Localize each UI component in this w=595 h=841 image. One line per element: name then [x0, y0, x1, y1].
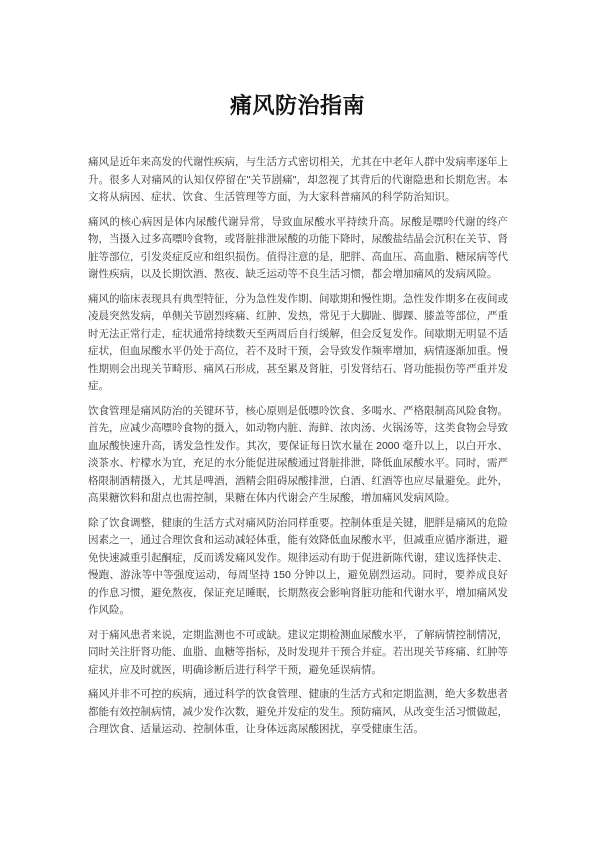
paragraph-causes: 痛风的核心病因是体内尿酸代谢异常，导致血尿酸水平持续升高。尿酸是嘌呤代谢的终产物…: [88, 214, 508, 284]
paragraph-conclusion: 痛风并非不可控的疾病，通过科学的饮食管理、健康的生活方式和定期监测，绝大多数患者…: [88, 686, 508, 739]
document-body: 痛风是近年来高发的代谢性疾病，与生活方式密切相关，尤其在中老年人群中发病率逐年上…: [88, 154, 508, 739]
document-title: 痛风防治指南: [0, 0, 595, 121]
paragraph-lifestyle: 除了饮食调整，健康的生活方式对痛风防治同样重要。控制体重是关键，肥胖是痛风的危险…: [88, 515, 508, 620]
paragraph-intro: 痛风是近年来高发的代谢性疾病，与生活方式密切相关，尤其在中老年人群中发病率逐年上…: [88, 154, 508, 207]
paragraph-symptoms: 痛风的临床表现具有典型特征，分为急性发作期、间歇期和慢性期。急性发作期多在夜间或…: [88, 291, 508, 396]
paragraph-monitoring: 对于痛风患者来说，定期监测也不可或缺。建议定期检测血尿酸水平，了解病情控制情况，…: [88, 627, 508, 680]
paragraph-diet: 饮食管理是痛风防治的关键环节，核心原则是低嘌呤饮食、多喝水、严格限制高风险食物。…: [88, 403, 508, 508]
document-page: 痛风防治指南 痛风是近年来高发的代谢性疾病，与生活方式密切相关，尤其在中老年人群…: [0, 0, 595, 841]
